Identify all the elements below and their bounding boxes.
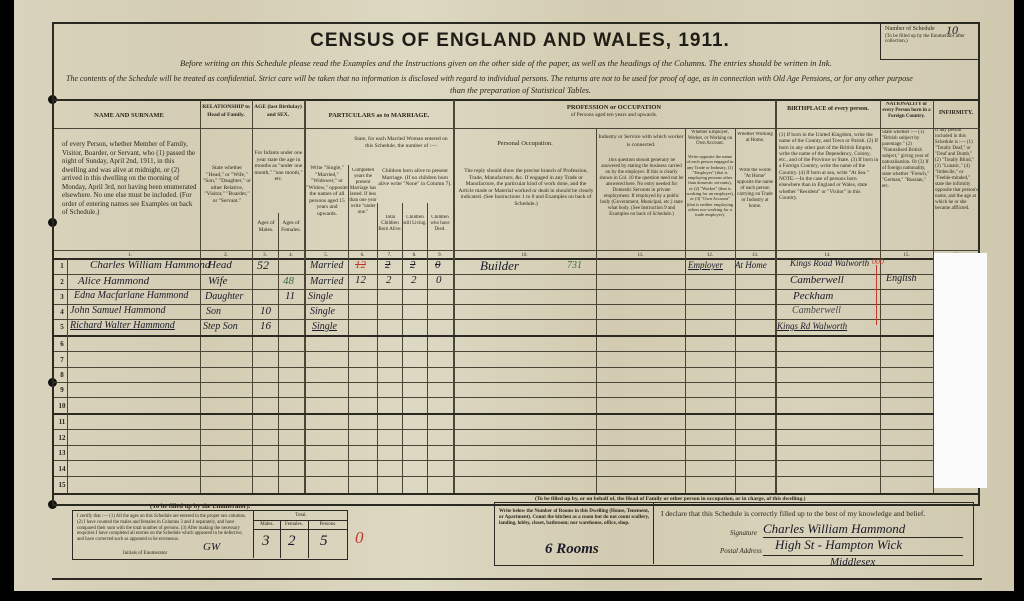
rooms-count[interactable]: 6 Rooms (545, 541, 599, 558)
header-employer-desc: Write opposite the name of each person e… (686, 154, 734, 218)
enumerator-box: I certify that :— (1) All the ages on th… (72, 510, 348, 560)
colnum-5: 5. (304, 252, 348, 260)
postal-address-line2[interactable]: Middlesex (830, 556, 875, 568)
header-industry: Industry or Service with which worker is… (598, 134, 684, 149)
header-years-married: Completed years the present Marriage has… (349, 168, 377, 216)
schedule-number-value[interactable]: 10 (946, 23, 958, 38)
person-name[interactable]: Edna Macfarlane Hammond (74, 290, 188, 301)
colnum-11: 11. (596, 252, 685, 260)
header-married-women: State, for each Married Woman entered on… (350, 136, 452, 149)
header-relationship: RELATIONSHIP to Head of Family. (202, 104, 250, 119)
header-at-home-desc: Write the words "At Home" opposite the n… (736, 168, 774, 210)
person-relationship[interactable]: Step Son (203, 321, 238, 332)
col-divider (304, 100, 306, 494)
person-birthplace[interactable]: Camberwell (792, 305, 841, 316)
col-divider (453, 100, 455, 494)
row-number: 12 (57, 434, 67, 442)
signature-label: Signature (730, 529, 757, 537)
person-age-male[interactable]: 10 (260, 305, 271, 317)
person-birthplace[interactable]: Camberwell (790, 274, 844, 286)
row-number: 11 (57, 418, 67, 426)
person-birthplace[interactable]: Peckham (793, 290, 833, 302)
person-relationship[interactable]: Wife (208, 275, 228, 287)
children-died[interactable]: 0 (436, 274, 442, 286)
enumerator-heading: (To be filled up by the Enumerator). (150, 503, 250, 510)
person-marital-status[interactable]: Single (312, 321, 337, 332)
enumerator-initials[interactable]: GW (203, 541, 220, 553)
address-label: Postal Address (720, 547, 762, 555)
header-top-rule (54, 99, 980, 101)
header-infirmity-desc: If any person included in this Schedule … (935, 128, 979, 212)
males-label: Males. (254, 522, 280, 527)
person-nationality[interactable]: English (886, 273, 917, 284)
header-rule (54, 128, 980, 129)
person-age-female[interactable]: 11 (285, 290, 295, 302)
header-industry-desc: This question should generally be answer… (599, 158, 684, 218)
row-number: 7 (57, 356, 67, 364)
children-living[interactable]: 2 (410, 259, 416, 271)
header-employer: Whether Employer, Worker, or Working on … (686, 130, 734, 147)
red-annotation-line (876, 265, 877, 325)
header-marriage: PARTICULARS as to MARRIAGE. (306, 112, 452, 120)
person-occupation[interactable]: Builder (480, 258, 519, 274)
children-died[interactable]: 0 (435, 259, 441, 271)
person-marital-status[interactable]: Single (310, 306, 335, 317)
person-age-female[interactable]: 48 (283, 275, 294, 287)
row-number: 5 (57, 323, 67, 331)
form-title: CENSUS OF ENGLAND AND WALES, 1911. (240, 30, 800, 52)
header-age-desc: For Infants under one year state the age… (254, 150, 303, 183)
header-name: NAME AND SURNAME (60, 112, 198, 120)
row-number: 2 (57, 278, 67, 286)
person-marital-status[interactable]: Single (308, 291, 333, 302)
header-birthplace-desc: (1) If born in the United Kingdom, write… (779, 132, 879, 201)
row-number: 14 (57, 465, 67, 473)
row-number: 15 (57, 481, 67, 489)
instruction-line: Before writing on this Schedule please r… (180, 58, 832, 68)
colnum-13: 13. (735, 252, 775, 260)
row-number: 13 (57, 449, 67, 457)
person-name[interactable]: Richard Walter Hammond (70, 320, 175, 331)
row-number: 6 (57, 340, 67, 348)
header-nationality: NATIONALITY of every Person born in a Fo… (881, 102, 932, 120)
children-total[interactable]: 2 (385, 259, 391, 271)
col-divider (377, 203, 378, 494)
total-females[interactable]: 2 (288, 533, 296, 550)
schedule-number-label: Number of Schedule (885, 26, 975, 32)
row-number: 8 (57, 371, 67, 379)
children-total[interactable]: 2 (386, 274, 392, 286)
person-relationship[interactable]: Head (208, 259, 232, 271)
person-marital-status[interactable]: Married (310, 276, 343, 287)
header-birthplace: BIRTHPLACE of every person. (777, 106, 879, 114)
person-relationship[interactable]: Son (206, 306, 221, 317)
col-divider (402, 203, 403, 494)
colnum-12: 12. (685, 252, 735, 260)
schedule-number-note: (To be filled up by the Enumerator after… (885, 34, 975, 44)
years-married[interactable]: 12 (355, 259, 366, 271)
header-infirmity: INFIRMITY. (934, 110, 978, 118)
person-name[interactable]: Alice Hammond (78, 275, 149, 287)
col-divider (775, 100, 777, 494)
row-number: 3 (57, 293, 67, 301)
persons-label: Persons. (308, 522, 348, 527)
rooms-instruction: Write below the Number of Rooms in this … (499, 509, 649, 527)
person-birthplace[interactable]: Kings Road Walworth (790, 258, 869, 268)
header-nationality-desc: State whether :— (1) "British subject by… (882, 130, 932, 190)
children-living[interactable]: 2 (411, 274, 417, 286)
header-children-total: Total Children Born Alive. (378, 215, 402, 233)
confidentiality-notice: The contents of the Schedule will be tre… (66, 74, 913, 83)
enumerator-certification: I certify that :— (1) All the ages on th… (77, 514, 247, 543)
header-age-males: Ages of Males. (254, 220, 278, 233)
header-age-females: Ages of Females. (279, 220, 303, 233)
total-males[interactable]: 3 (262, 533, 270, 550)
colnum-15: 15. (880, 252, 933, 260)
colnum-10: 10. (453, 252, 596, 260)
col-divider (252, 100, 253, 494)
colnum-rule (54, 250, 980, 251)
colnum-4: 4. (278, 252, 304, 260)
person-birthplace[interactable]: Kings Rd Walworth (777, 321, 847, 331)
total-label: Total. (254, 513, 348, 518)
person-name[interactable]: John Samuel Hammond (70, 305, 166, 316)
row-number: 1 (57, 262, 67, 270)
occupation-code: 731 (567, 260, 582, 271)
header-children-born: Children born alive to present Marriage.… (378, 168, 452, 188)
red-check-mark: 0 (355, 528, 364, 548)
females-label: Females. (280, 522, 308, 527)
person-name[interactable]: Charles William Hammond (90, 259, 210, 271)
header-occupation: PROFESSION or OCCUPATION (455, 104, 773, 112)
header-name-desc: of every Person, whether Member of Famil… (62, 140, 198, 217)
schedule-number-box: Number of Schedule (To be filled up by t… (880, 22, 980, 60)
years-married[interactable]: 12 (355, 274, 366, 286)
total-persons[interactable]: 5 (320, 533, 328, 550)
signature[interactable]: Charles William Hammond (763, 521, 905, 537)
header-personal-occupation-desc: The reply should show the precise branch… (458, 168, 594, 207)
col-divider (596, 128, 597, 494)
col-divider (427, 203, 428, 494)
person-at-home[interactable]: At Home (735, 260, 767, 270)
row-number: 4 (57, 308, 67, 316)
head-section-box: Write below the Number of Rooms in this … (494, 502, 974, 566)
postal-address[interactable]: High St - Hampton Wick (775, 537, 902, 553)
birthplace-code: 000 (872, 257, 884, 266)
row-number: 10 (57, 402, 67, 410)
header-at-home: Whether Working at Home. (736, 132, 774, 144)
person-employer-status[interactable]: Employer (688, 260, 723, 270)
enumerator-initials-label: Initials of Enumerator (123, 551, 167, 556)
person-marital-status[interactable]: Married (310, 260, 343, 271)
col-divider (880, 100, 881, 494)
header-children-died: Children who have Died. (428, 215, 452, 233)
declaration: I declare that this Schedule is correctl… (661, 509, 925, 518)
header-age: AGE (last Birthday) and SEX. (254, 104, 302, 119)
header-children-living: Children still Living. (403, 215, 427, 227)
header-personal-occupation: Personal Occupation. (455, 140, 595, 148)
col-divider (200, 100, 201, 494)
header-marriage-status-desc: Write "Single," "Married," "Widower," or… (306, 165, 348, 217)
header-occupation-sub: of Persons aged ten years and upwards. (455, 112, 773, 120)
header-relationship-desc: State whether "Head," or "Wife," "Son," … (203, 165, 251, 204)
confidentiality-notice-cont: than the preparation of Statistical Tabl… (450, 85, 591, 95)
row-number: 9 (57, 386, 67, 394)
bottom-rule (52, 578, 982, 580)
redacted-infirmity-column (934, 253, 987, 488)
person-relationship[interactable]: Daughter (205, 291, 243, 302)
person-age-male[interactable]: 52 (257, 258, 269, 273)
person-age-male[interactable]: 16 (260, 320, 271, 332)
